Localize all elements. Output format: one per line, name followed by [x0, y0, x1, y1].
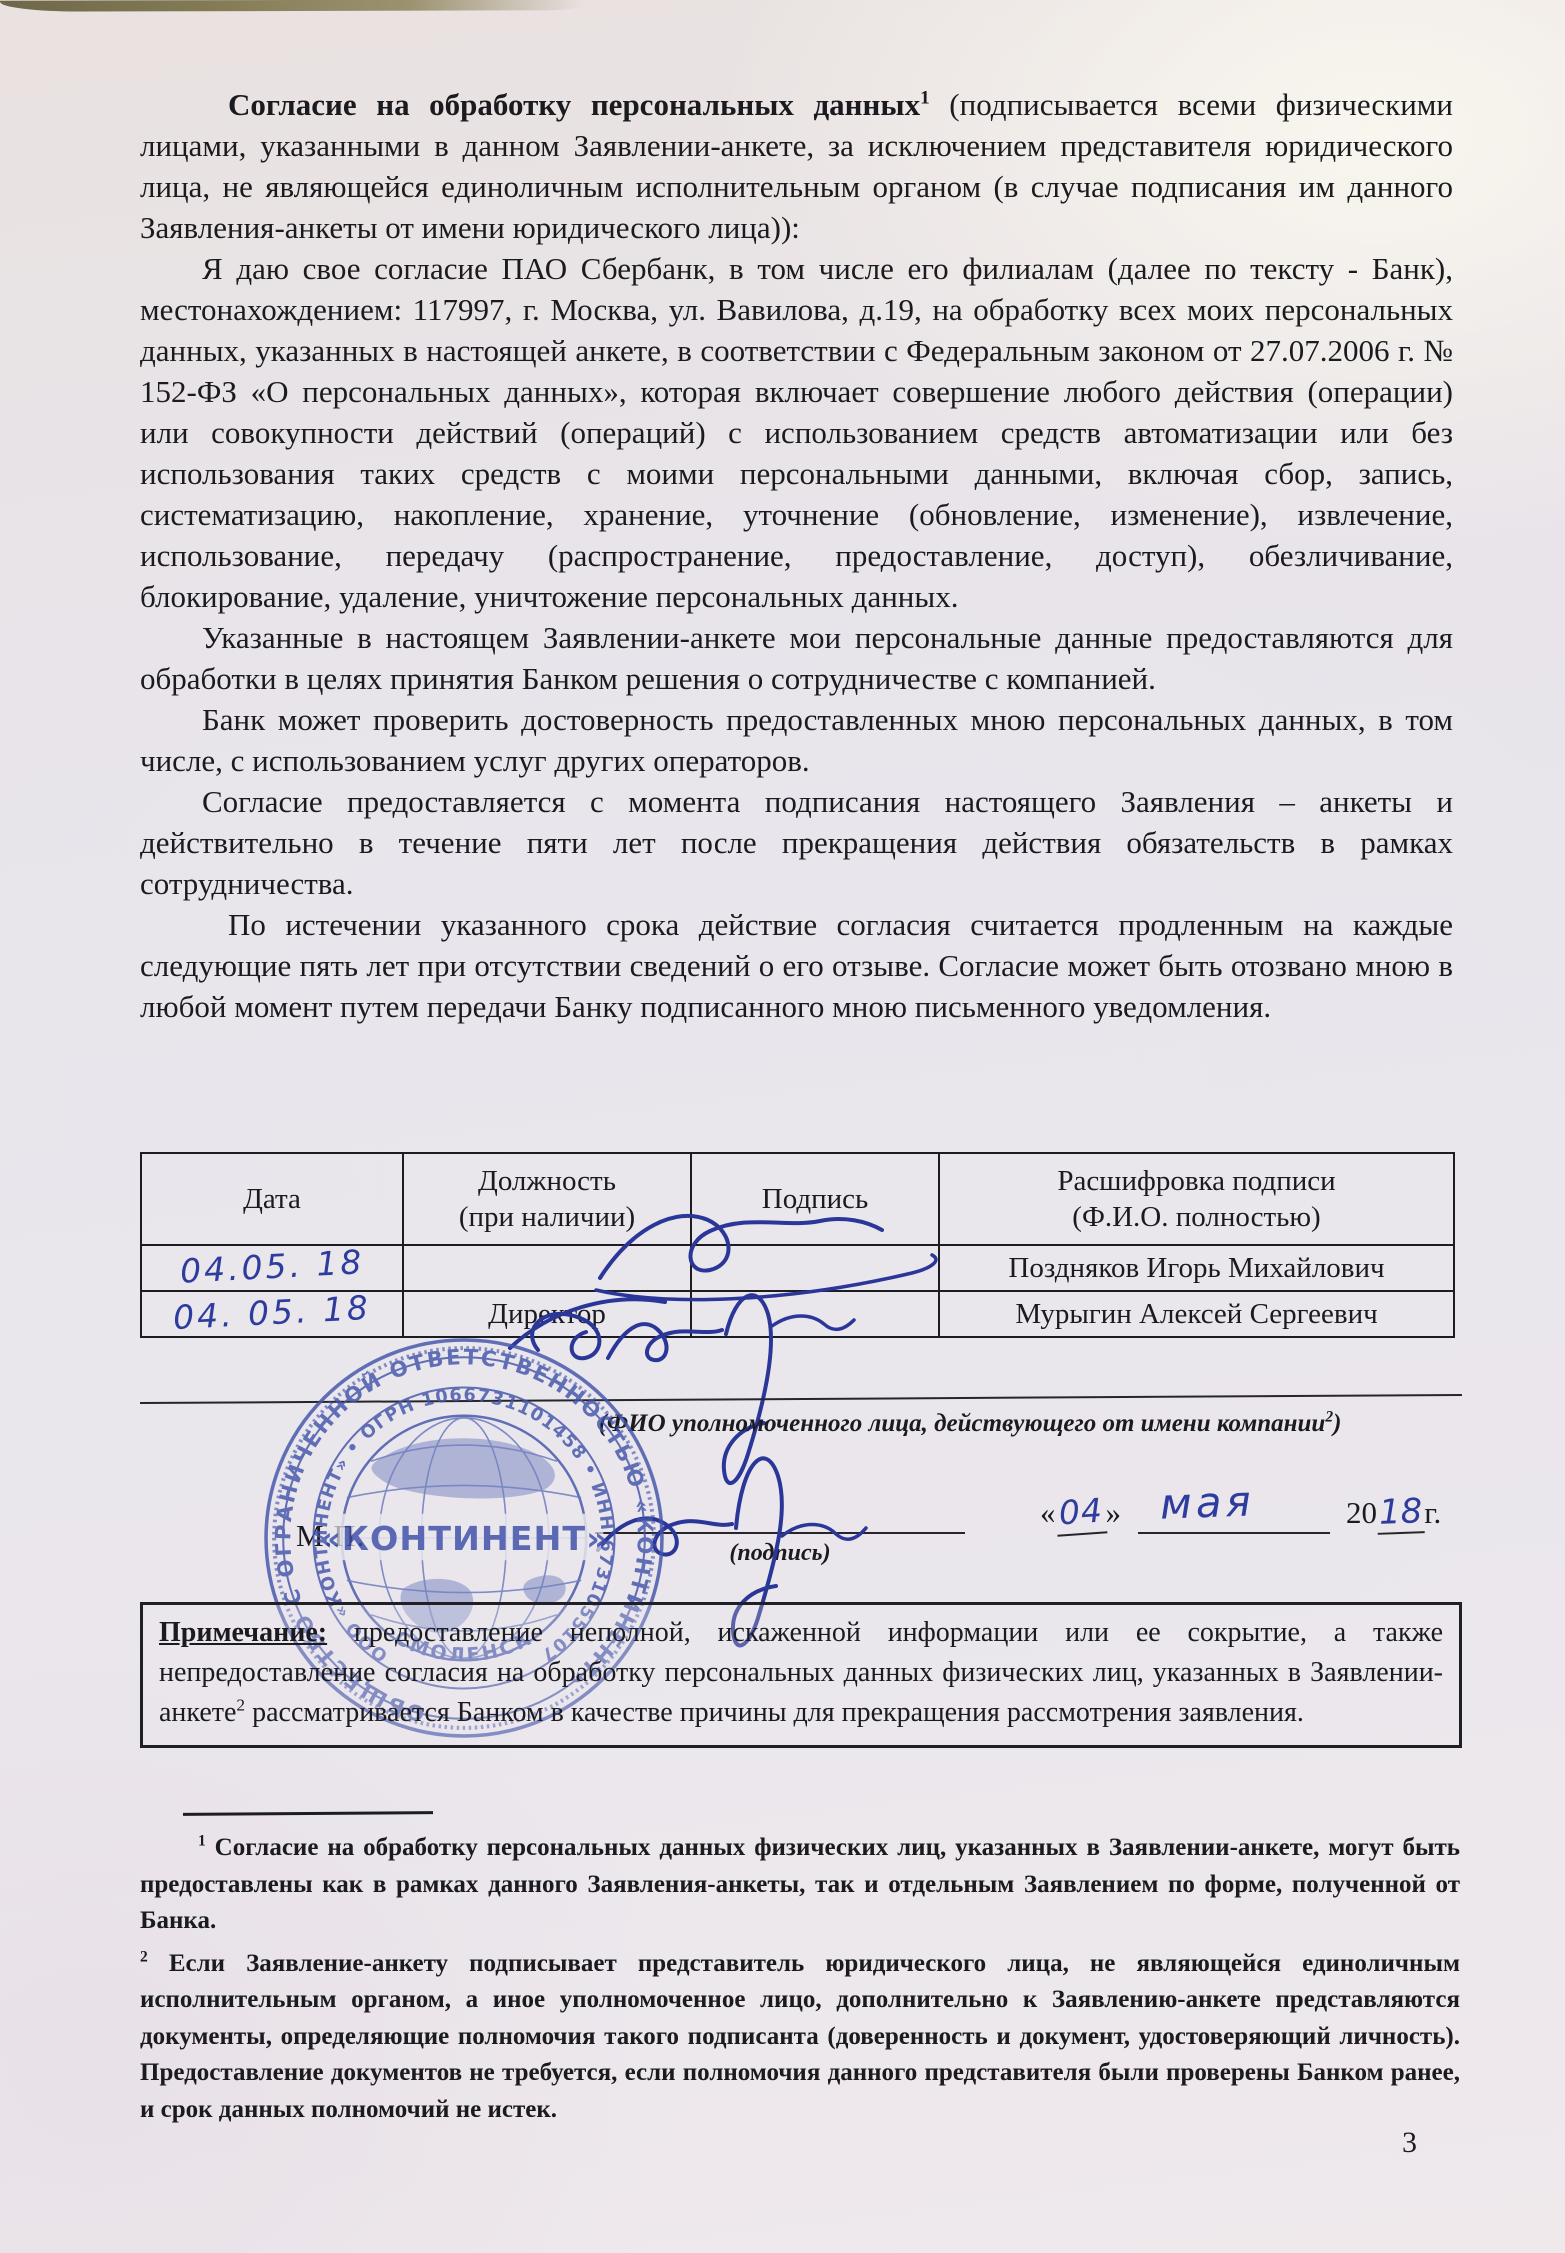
date-year-group: 2018г. [1346, 1492, 1441, 1534]
note-box: Примечание: предоставление неполной, иск… [140, 1602, 1462, 1748]
paragraph-consent: Я даю свое согласие ПАО Сбербанк, в том … [140, 248, 1453, 617]
handwritten-year: 18 [1376, 1491, 1425, 1535]
stamp-center-name: «КОНТИНЕНТ» [319, 1519, 608, 1558]
table-row: 04.05. 18 Поздняков Игорь Михайлович [141, 1245, 1454, 1291]
page-number: 3 [1402, 2126, 1417, 2160]
signature-table: Дата Должность(при наличии) Подпись Расш… [140, 1152, 1455, 1338]
date-day-group: «04» [1040, 1492, 1121, 1535]
cell-name-1: Поздняков Игорь Михайлович [939, 1245, 1454, 1291]
cell-position-1 [403, 1245, 691, 1291]
table-row: 04. 05. 18 Директор Мурыгин Алексей Серг… [141, 1291, 1454, 1337]
footnotes-block: 1 Согласие на обработку персональных дан… [140, 1830, 1460, 2128]
column-header-signature: Подпись [691, 1153, 939, 1245]
scanned-consent-form-page: Согласие на обработку персональных данны… [0, 0, 1565, 2253]
handwritten-month: мая [1159, 1476, 1255, 1528]
footnote-1: 1 Согласие на обработку персональных дан… [140, 1830, 1460, 1940]
column-header-position: Должность(при наличии) [403, 1153, 691, 1245]
cell-date-1: 04.05. 18 [141, 1245, 403, 1291]
column-header-date: Дата [141, 1153, 403, 1245]
cell-name-2: Мурыгин Алексей Сергеевич [939, 1291, 1454, 1337]
footnote-ref-1: 1 [920, 88, 930, 109]
note-label: Примечание: [159, 1617, 327, 1648]
cell-signature-2 [691, 1291, 939, 1337]
table-header-row: Дата Должность(при наличии) Подпись Расш… [141, 1153, 1454, 1245]
handwritten-day: 04 [1054, 1490, 1107, 1536]
paragraph-title: Согласие на обработку персональных данны… [140, 84, 1453, 248]
column-header-name: Расшифровка подписи(Ф.И.О. полностью) [939, 1153, 1454, 1245]
footnote-ref-2: 2 [1325, 1409, 1333, 1426]
paragraph-verification: Банк может проверить достоверность предо… [140, 699, 1453, 781]
scan-edge-artifact [0, 0, 585, 12]
footnote-2: 2 Если Заявление-анкету подписывает пред… [140, 1946, 1460, 2129]
paragraph-duration: Согласие предоставляется с момента подпи… [140, 781, 1453, 904]
footnote-ref-2-note: 2 [236, 1696, 245, 1715]
month-blank-line [1138, 1532, 1330, 1534]
title-text: Согласие на обработку персональных данны… [228, 87, 920, 122]
paragraph-renewal: По истечении указанного срока действие с… [140, 904, 1453, 1027]
cell-date-2: 04. 05. 18 [141, 1291, 403, 1337]
footnote-separator [183, 1811, 433, 1816]
main-text-block: Согласие на обработку персональных данны… [140, 84, 1453, 1027]
paragraph-purpose: Указанные в настоящем Заявлении-анкете м… [140, 617, 1453, 699]
cell-position-2: Директор [403, 1291, 691, 1337]
cell-signature-1 [691, 1245, 939, 1291]
